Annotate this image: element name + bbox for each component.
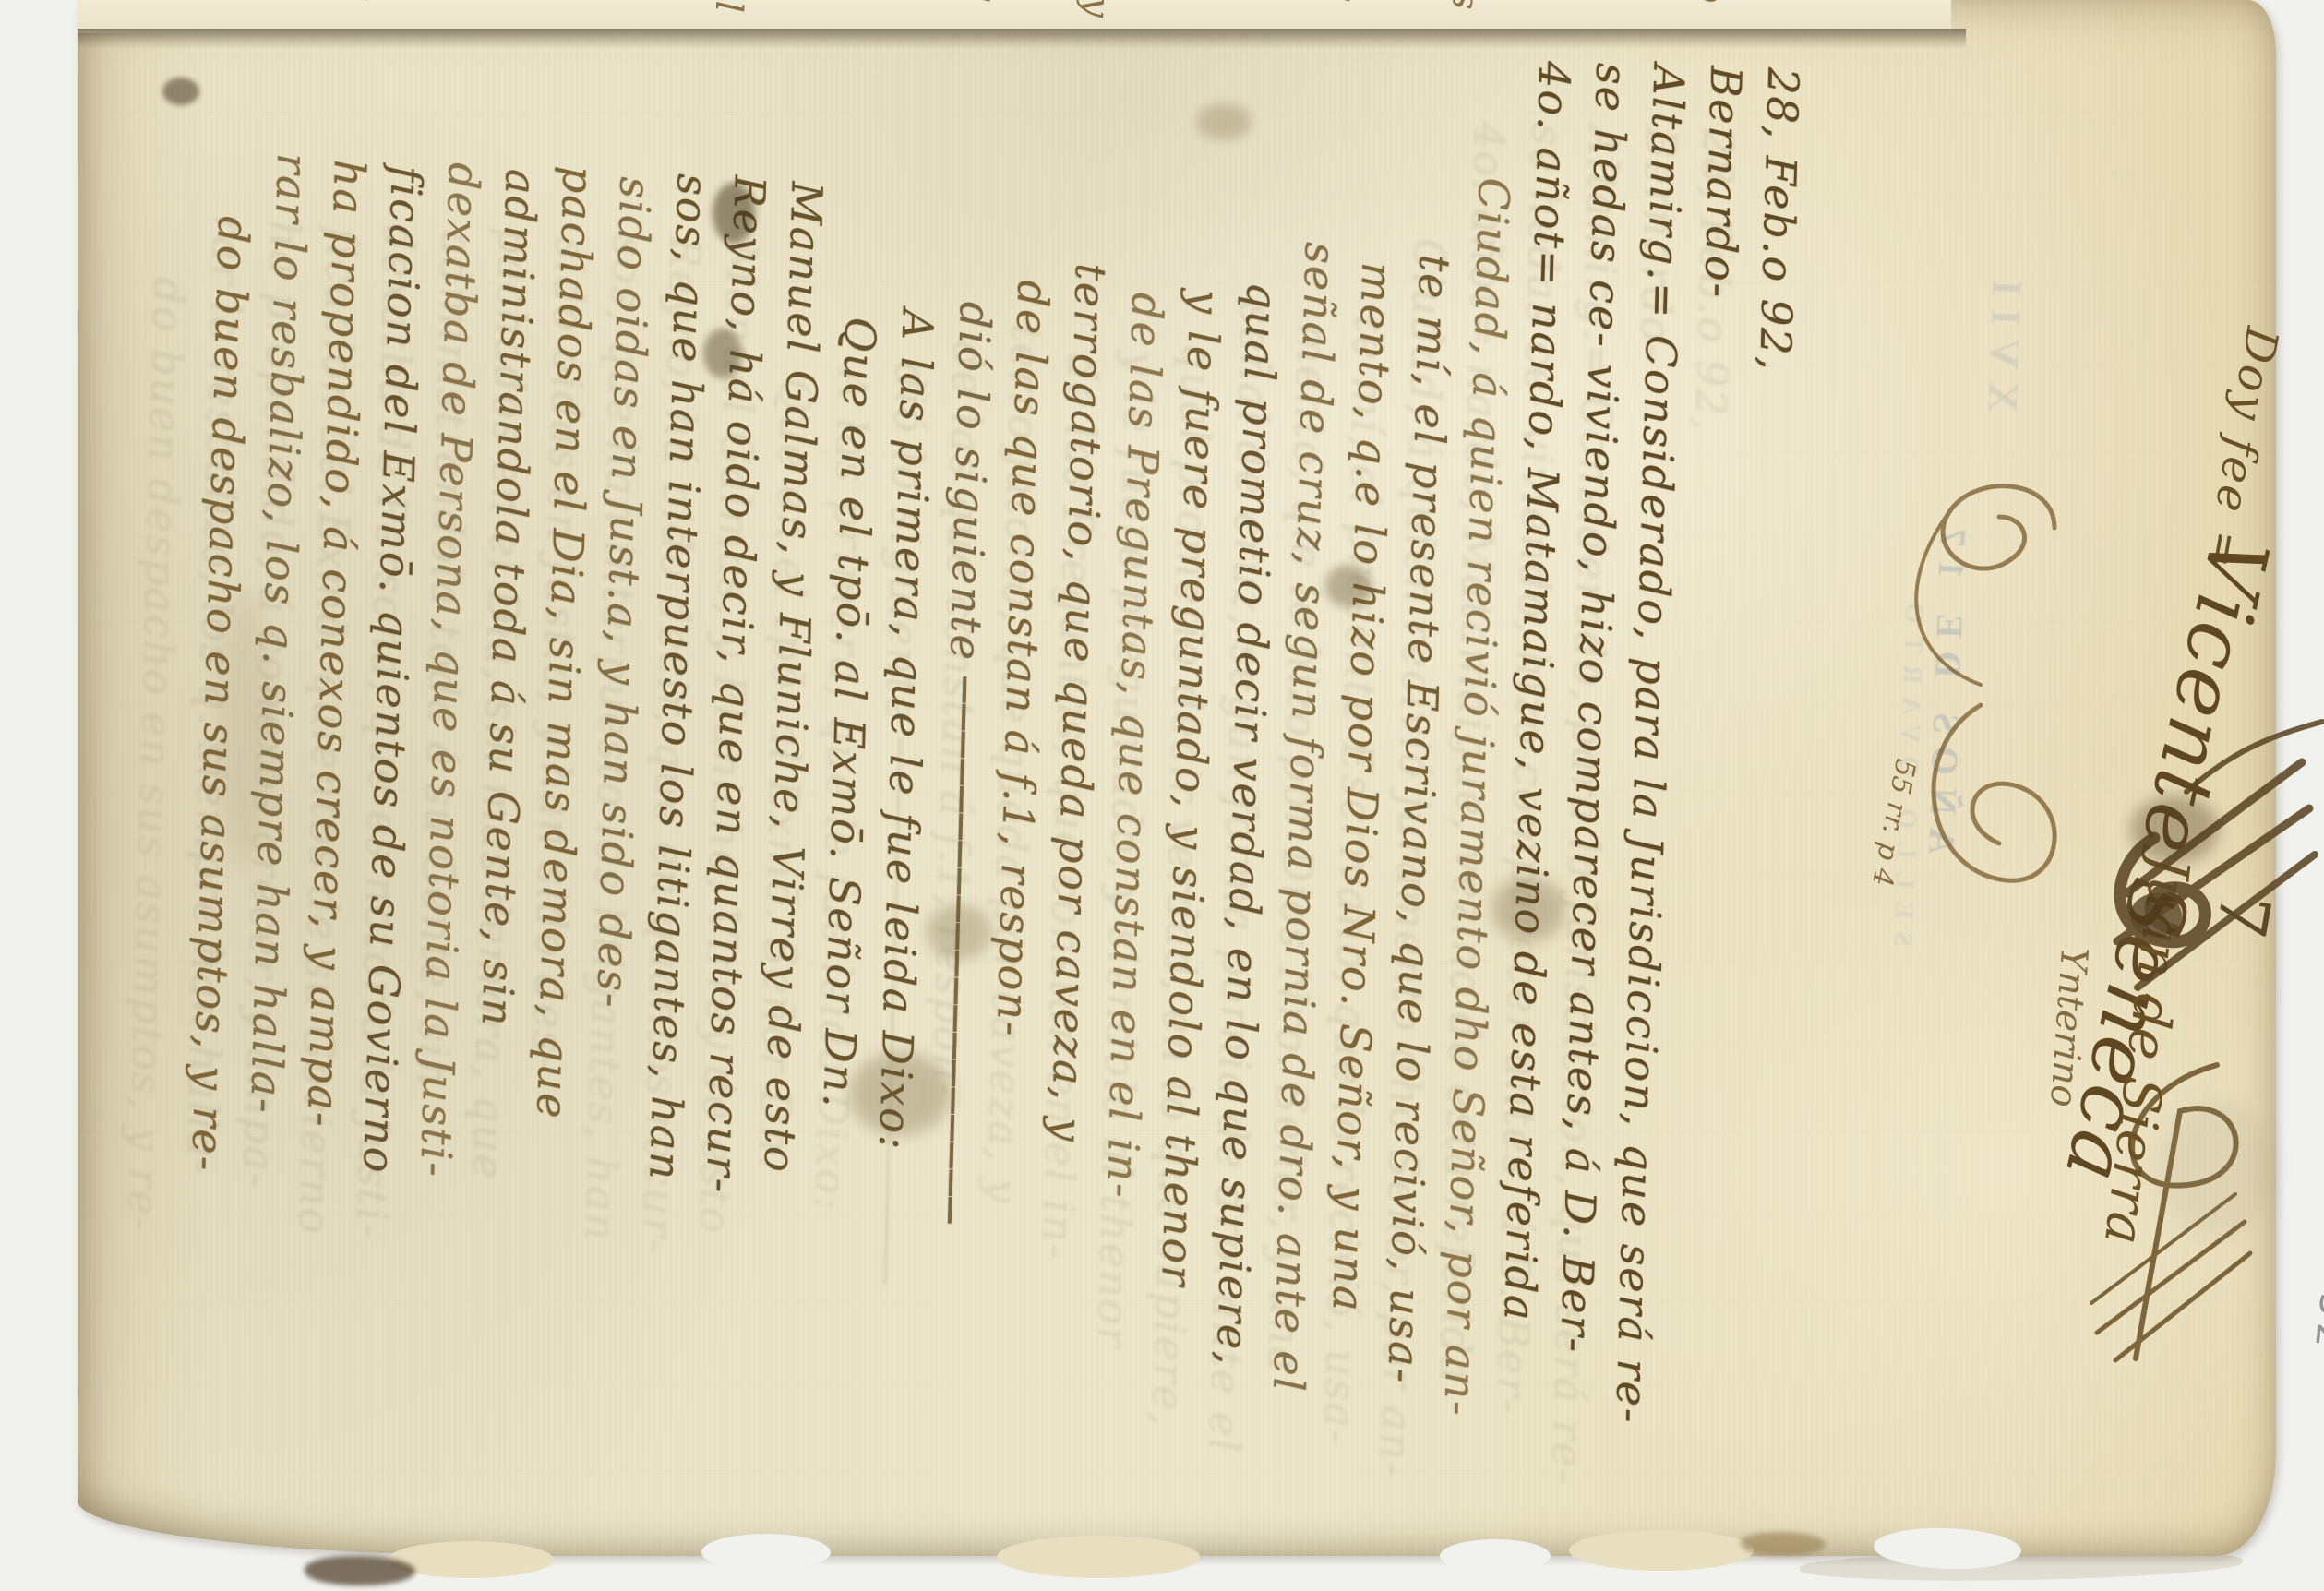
edge-stroke-fragment: ls: [1444, 0, 1487, 10]
edge-stroke-fragment: d: [952, 0, 996, 4]
body-text: 28, Feb.o 92,Bernardo-Altamirg.= Conside…: [107, 2, 1809, 1525]
ornamental-spiral: [1870, 473, 2073, 925]
fold-shadow: [78, 29, 1966, 49]
rubric-flourish-bold: [2099, 709, 2324, 1023]
fold-stain: [162, 78, 199, 105]
edge-grime: [216, 591, 271, 867]
ink-stain: [1325, 565, 1372, 607]
manuscript-page: 28, Feb.o 92,Bernardo-Altamirg.= Conside…: [78, 0, 2276, 1556]
ink-blot: [2130, 795, 2219, 864]
edge-stroke-fragment: y: [339, 0, 382, 1]
ink-stain: [713, 183, 755, 244]
deckle-notch: [1440, 1539, 1551, 1573]
deckle-bump: [1569, 1530, 1754, 1571]
ink-stain: [1196, 103, 1252, 140]
deckle-bump: [997, 1536, 1200, 1578]
watermark-mark: [2156, 1098, 2276, 1237]
torn-edge-spot: [305, 1556, 415, 1585]
edge-stroke-fragment: ry: [1075, 0, 1119, 18]
deckle-notch: [701, 1534, 831, 1571]
scanned-manuscript-view: 28, Feb.o 92,Bernardo-Altamirg.= Conside…: [0, 0, 2324, 1591]
folio-number: 52: [2306, 1291, 2324, 1356]
stamp-text: XVII: [1979, 266, 2032, 413]
stamp-bleedthrough-line: XVII: [1979, 266, 2032, 413]
edge-stroke-fragment: el: [707, 0, 750, 13]
edge-stroke-fragment: e: [1566, 0, 1610, 2]
ink-stain: [927, 904, 991, 960]
edge-stroke-fragment: y: [1935, 0, 1951, 1]
ink-stain: [703, 329, 742, 378]
ink-stain: [849, 1052, 951, 1135]
ink-stain: [1491, 877, 1565, 941]
torn-edge-stain: [1741, 1532, 1826, 1556]
edge-stroke-fragment: g: [1321, 0, 1364, 4]
edge-stroke-fragment: p: [1689, 0, 1732, 4]
